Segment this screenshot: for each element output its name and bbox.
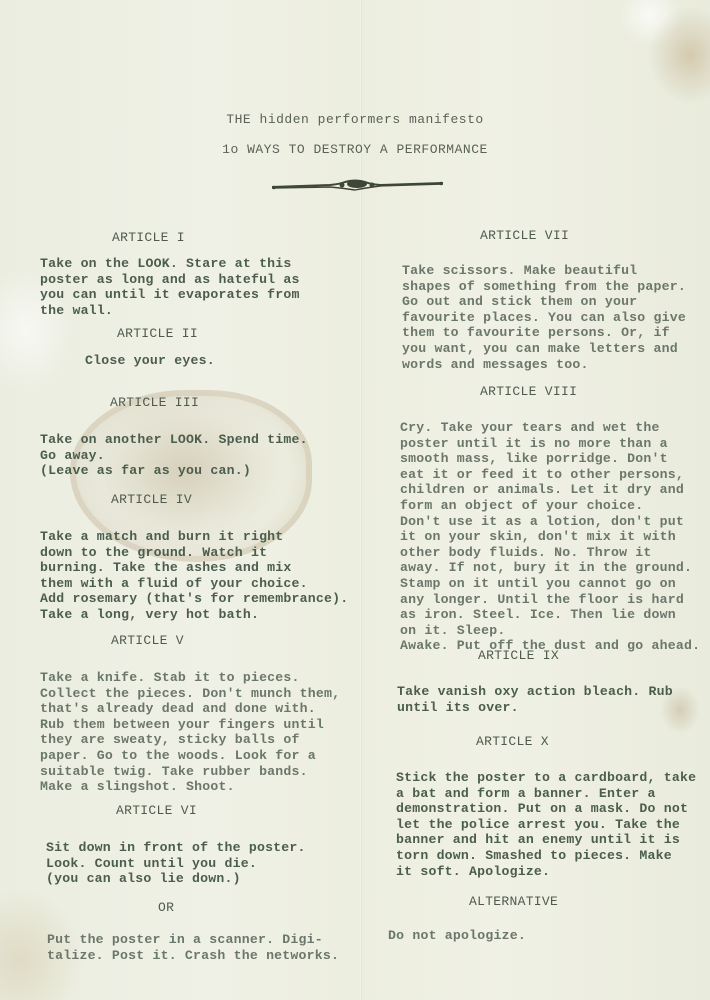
alternative-heading: ALTERNATIVE xyxy=(469,894,558,909)
article-9-heading: ARTICLE IX xyxy=(478,648,559,663)
article-2-heading: ARTICLE II xyxy=(117,326,198,341)
article-1-heading: ARTICLE I xyxy=(112,230,185,245)
article-7-text: Take scissors. Make beautiful shapes of … xyxy=(402,263,686,372)
alternative-text: Do not apologize. xyxy=(388,928,526,944)
document-subtitle: 1o WAYS TO DESTROY A PERFORMANCE xyxy=(0,142,710,157)
or-text: Put the poster in a scanner. Digi- taliz… xyxy=(47,932,339,963)
article-5-text: Take a knife. Stab it to pieces. Collect… xyxy=(40,670,340,795)
article-6-heading: ARTICLE VI xyxy=(116,803,197,818)
article-8-heading: ARTICLE VIII xyxy=(480,384,577,399)
or-heading: OR xyxy=(158,900,174,915)
document-title: THE hidden performers manifesto xyxy=(0,112,710,127)
article-10-heading: ARTICLE X xyxy=(476,734,549,749)
article-3-heading: ARTICLE III xyxy=(110,395,199,410)
article-6-text: Sit down in front of the poster. Look. C… xyxy=(46,840,306,887)
article-2-text: Close your eyes. xyxy=(85,353,215,369)
flourish-divider-icon xyxy=(270,178,445,192)
article-9-text: Take vanish oxy action bleach. Rub until… xyxy=(397,684,673,715)
article-3-text: Take on another LOOK. Spend time. Go awa… xyxy=(40,432,308,479)
article-10-text: Stick the poster to a cardboard, take a … xyxy=(396,770,696,879)
article-1-text: Take on the LOOK. Stare at this poster a… xyxy=(40,256,300,318)
article-4-text: Take a match and burn it right down to t… xyxy=(40,529,348,623)
article-5-heading: ARTICLE V xyxy=(111,633,184,648)
article-7-heading: ARTICLE VII xyxy=(480,228,569,243)
article-4-heading: ARTICLE IV xyxy=(111,492,192,507)
article-8-text: Cry. Take your tears and wet the poster … xyxy=(400,420,700,654)
